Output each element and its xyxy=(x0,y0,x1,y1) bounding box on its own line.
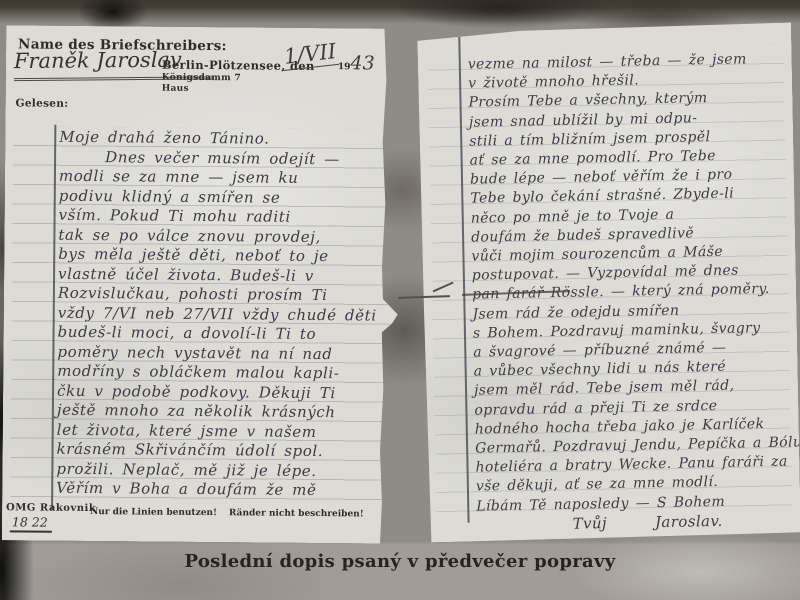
photo-of-letter: Name des Briefschreibers: Franěk Jarosla… xyxy=(0,0,800,600)
prison-stamp: OMG Rakovnik xyxy=(6,502,96,514)
handwritten-date: 1/VII xyxy=(281,39,340,71)
letter-line: Rozvislučkau, pohosti prosím Ti xyxy=(58,284,388,306)
letter-line: modříny s obláčkem malou kapli- xyxy=(57,362,387,384)
gelesen-label: Gelesen: xyxy=(16,97,69,109)
year-line: 1943 xyxy=(338,52,375,74)
letter-page-right: vezme na milost — třeba — že jsem v živo… xyxy=(417,22,800,542)
year-printed-prefix: 19 xyxy=(338,62,351,72)
year-handwritten: 43 xyxy=(350,52,374,74)
letter-line: Věřím v Boha a doufám že mě xyxy=(56,479,386,501)
letter-line: bys měla ještě děti, neboť to je xyxy=(58,245,388,267)
letter-line: vším. Pokud Ti mohu raditi xyxy=(59,206,389,228)
letter-line: ještě mnoho za několik krásných xyxy=(57,401,387,423)
photo-caption: Poslední dopis psaný v předvečer popravy xyxy=(0,551,800,572)
stamp-numbers: 18 22 xyxy=(10,514,52,532)
signature-prefix: Tvůj xyxy=(572,514,607,534)
letter-line: krásném Skřivánčím údolí spol. xyxy=(56,440,386,462)
instruction-use-lines: Nur die Linien benutzen! xyxy=(90,507,217,518)
footer-instruction: Nur die Linien benutzen! Ränder nicht be… xyxy=(90,507,340,519)
signature-name: Jaroslav. xyxy=(655,512,723,532)
letter-line: Moje drahá ženo Tánino. xyxy=(59,128,389,150)
letter-page-left: Name des Briefschreibers: Franěk Jarosla… xyxy=(2,25,400,543)
letter-body-left: Moje drahá ženo Tánino. Dnes večer musím… xyxy=(56,128,389,501)
letter-line: modli se za mne — jsem ku xyxy=(59,167,389,189)
haus-line: Haus xyxy=(162,84,189,94)
instruction-no-margins: Ränder nicht beschreiben! xyxy=(229,508,364,519)
street-line: Königsdamm 7 xyxy=(162,73,241,84)
letter-line: budeš-li moci, a dovolí-li Ti to xyxy=(57,323,387,345)
